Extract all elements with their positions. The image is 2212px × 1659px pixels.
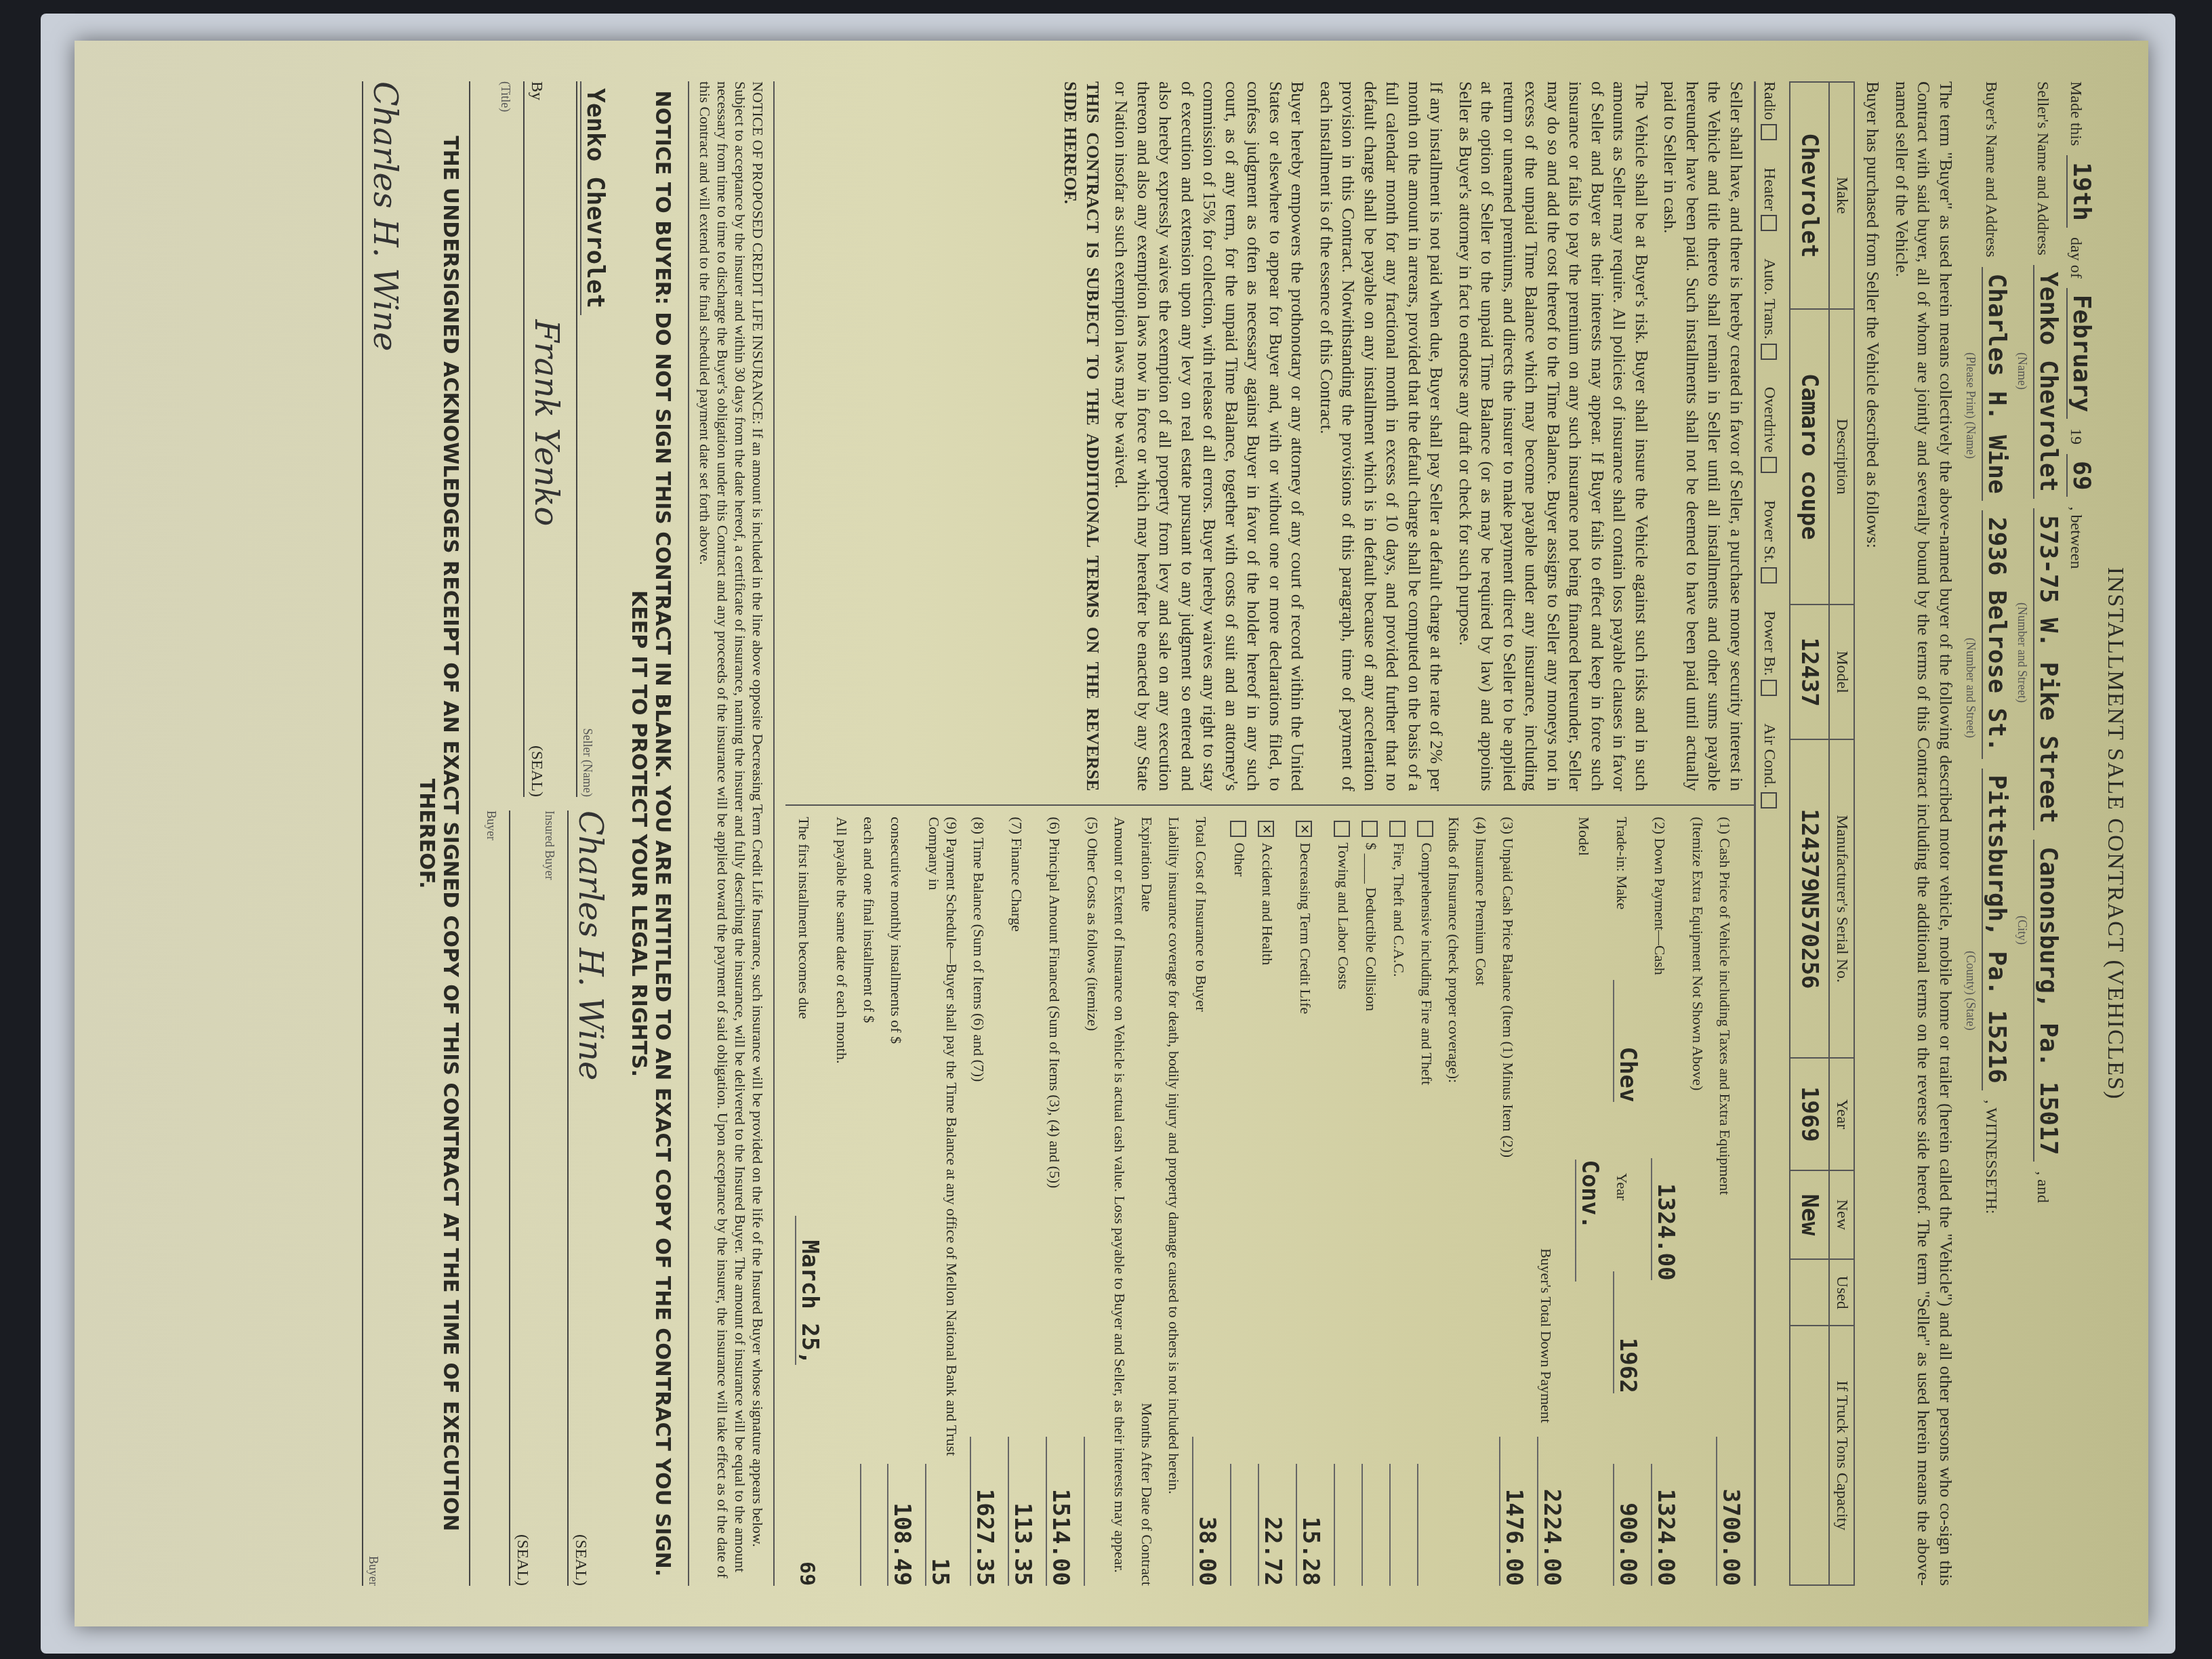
- insurance-amount: [1361, 1464, 1363, 1586]
- insured-buyer-signature: Charles H. Wine: [571, 811, 609, 1080]
- contract-month: February: [2066, 288, 2095, 419]
- trade-model: Conv.: [1575, 1160, 1603, 1282]
- notice-to-buyer: NOTICE TO BUYER: DO NOT SIGN THIS CONTRA…: [627, 81, 674, 1586]
- insurance-amount: [1230, 1464, 1231, 1586]
- unpaid-balance: 1476.00: [1499, 1437, 1528, 1586]
- trade-make: Chev: [1613, 980, 1641, 1102]
- vehicle-table: MakeDescriptionModelManufacturer's Seria…: [1789, 81, 1855, 1586]
- clause-security: Seller shall have, and there is hereby c…: [1659, 81, 1747, 791]
- checkbox[interactable]: [1761, 215, 1777, 231]
- vehicle-option: Radio: [1760, 81, 1778, 140]
- vehicle-cell: 12437: [1790, 605, 1829, 739]
- installment-amount: 108.49: [887, 1464, 916, 1586]
- buyer-street: 2936 Belrose St.: [1982, 510, 2011, 759]
- vehicle-header: If Truck Tons Capacity: [1829, 1326, 1854, 1585]
- insurance-amount: 15.28: [1296, 1464, 1324, 1586]
- date-line: Made this 19th day of February 19 69 , b…: [2066, 81, 2095, 1586]
- insurance-row: Fire, Theft and C.A.C.: [1389, 817, 1408, 1586]
- vehicle-header: New: [1829, 1170, 1854, 1259]
- vehicle-cell: New: [1790, 1170, 1829, 1259]
- insurance-row: $ ____ Deductible Collision: [1361, 817, 1380, 1586]
- financial-column: (1) Cash Price of Vehicle including Taxe…: [785, 804, 1754, 1586]
- seller-line: Seller's Name and Address Yenko Chevrole…: [2033, 81, 2062, 1586]
- vehicle-option: Heater: [1760, 167, 1778, 231]
- vehicle-option: Air Cond.: [1760, 723, 1778, 808]
- insurance-list: Comprehensive including Fire and TheftFi…: [1230, 817, 1435, 1586]
- checkbox[interactable]: [1761, 124, 1777, 140]
- buyer-name: Charles H. Wine: [1982, 267, 2011, 501]
- insurance-row: Towing and Labor Costs: [1334, 817, 1352, 1586]
- insurance-amount: [1334, 1464, 1335, 1586]
- checkbox[interactable]: ✕: [1296, 821, 1312, 837]
- checkbox[interactable]: ✕: [1258, 821, 1274, 837]
- down-cash: 1324.00: [1651, 1158, 1679, 1280]
- checkbox[interactable]: [1230, 821, 1246, 837]
- vehicle-cell: 1969: [1790, 1058, 1829, 1170]
- vehicle-header: Used: [1829, 1259, 1854, 1326]
- vehicle-cell: 124379N570256: [1790, 739, 1829, 1058]
- seller-signature: Frank Yenko: [527, 320, 565, 527]
- checkbox[interactable]: [1761, 457, 1777, 473]
- clause-judgment: Buyer hereby empowers the prothonotary o…: [1110, 81, 1309, 791]
- intro-paragraph: The term "Buyer" as used herein means co…: [1891, 81, 1957, 1586]
- seller-name: Yenko Chevrolet: [2033, 265, 2062, 499]
- time-balance: 1627.35: [970, 1437, 998, 1586]
- vehicle-option: Auto. Trans.: [1760, 258, 1778, 359]
- buyer-city: Pittsburgh, Pa. 15216: [1982, 769, 2011, 1090]
- installment-count: 15: [925, 1464, 954, 1586]
- checkbox[interactable]: [1761, 680, 1777, 696]
- checkbox[interactable]: [1361, 821, 1378, 837]
- vehicle-cell: Chevrolet: [1790, 82, 1829, 309]
- checkbox[interactable]: [1334, 821, 1350, 837]
- buyer-line: Buyer's Name and Address Charles H. Wine…: [1982, 81, 2011, 1586]
- principal-amount: 1514.00: [1046, 1437, 1074, 1586]
- acknowledgement: THE UNDERSIGNED ACKNOWLEDGES RECEIPT OF …: [415, 81, 470, 1586]
- insurance-row: ✕Decreasing Term Credit Life15.28: [1296, 817, 1324, 1586]
- insurance-row: ✕Accident and Health22.72: [1258, 817, 1286, 1586]
- cash-price: 3700.00: [1716, 1437, 1744, 1586]
- vehicle-cell: [1790, 1259, 1829, 1326]
- total-insurance: 38.00: [1192, 1437, 1221, 1586]
- vehicle-header: Model: [1829, 605, 1854, 739]
- vehicle-option: Overdrive: [1760, 387, 1778, 473]
- vehicle-header: Make: [1829, 82, 1854, 309]
- insurance-amount: [1417, 1464, 1418, 1586]
- checkbox[interactable]: [1761, 567, 1777, 583]
- vehicle-header: Manufacturer's Serial No.: [1829, 739, 1854, 1058]
- first-due-date: March 25,: [795, 1216, 823, 1365]
- contract-page: INSTALLMENT SALE CONTRACT (VEHICLES) Mad…: [102, 54, 2148, 1613]
- seller-city: Canonsburg, Pa. 15017: [2033, 840, 2062, 1162]
- finance-charge: 113.35: [1008, 1437, 1036, 1586]
- insurance-row: Other: [1230, 817, 1248, 1586]
- terms-column: Seller shall have, and there is hereby c…: [785, 81, 1754, 791]
- checkbox[interactable]: [1761, 344, 1777, 360]
- vehicle-option: Power St.: [1760, 500, 1778, 583]
- insurance-amount: [1389, 1464, 1391, 1586]
- vehicle-cell: [1790, 1326, 1829, 1585]
- clause-reverse: THIS CONTRACT IS SUBJECT TO THE ADDITION…: [1059, 81, 1103, 791]
- document-photo: INSTALLMENT SALE CONTRACT (VEHICLES) Mad…: [75, 41, 2148, 1626]
- clause-insurance: The Vehicle shall be at Buyer's risk. Bu…: [1454, 81, 1653, 791]
- contract-day: 19th: [2066, 155, 2095, 228]
- trade-year: 1962: [1613, 1271, 1641, 1393]
- total-down-payment: 2224.00: [1537, 1437, 1565, 1586]
- checkbox[interactable]: [1417, 821, 1433, 837]
- clause-default: If any installment is not paid when due,…: [1315, 81, 1448, 791]
- checkbox[interactable]: [1389, 821, 1406, 837]
- checkbox[interactable]: [1761, 792, 1777, 808]
- insurance-row: Comprehensive including Fire and Theft: [1417, 817, 1435, 1586]
- purchased-line: Buyer has purchased from Seller the Vehi…: [1862, 81, 1884, 1586]
- acknowledgement-signature: Charles H. Wine: [366, 81, 404, 351]
- vehicle-cell: Camaro coupe: [1790, 309, 1829, 605]
- contract-year: 69: [2066, 454, 2095, 497]
- vehicle-option: Power Br.: [1760, 611, 1778, 696]
- form-title: INSTALLMENT SALE CONTRACT (VEHICLES): [2102, 81, 2128, 1586]
- trade-value: 900.00: [1613, 1464, 1641, 1586]
- vehicle-header: Description: [1829, 309, 1854, 605]
- seller-name-signed: Yenko Chevrolet: [580, 81, 609, 315]
- insurance-amount: 22.72: [1258, 1464, 1286, 1586]
- vehicle-options: RadioHeaterAuto. Trans.OverdrivePower St…: [1754, 81, 1782, 1586]
- vehicle-header: Year: [1829, 1058, 1854, 1170]
- seller-street: 573-75 W. Pike Street: [2033, 508, 2062, 830]
- credit-life-notice: NOTICE OF PROPOSED CREDIT LIFE INSURANCE…: [688, 81, 775, 1586]
